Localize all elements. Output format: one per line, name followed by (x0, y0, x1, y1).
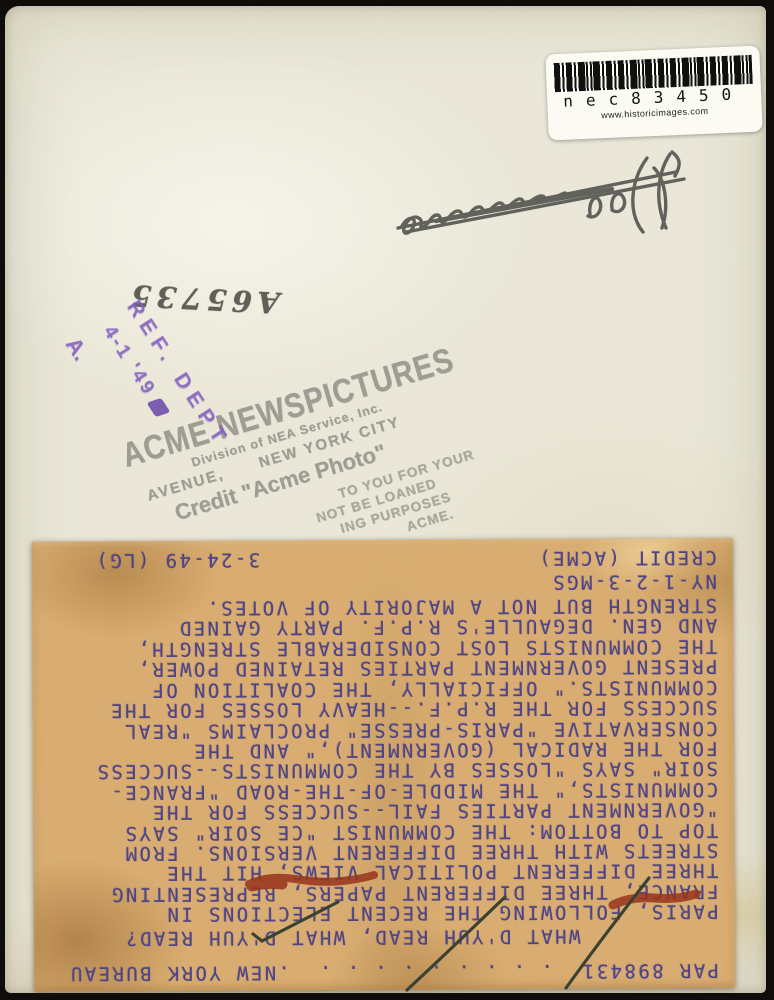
caption-line: NY-1-2-3-MGS (46, 571, 717, 595)
caption-line: TOP TO BOTTOM: THE COMMUNIST "CE SOIR" S… (47, 819, 718, 843)
caption-line: SUCCESS FOR THE R.P.F.--HEAVY LOSSES FOR… (47, 697, 718, 721)
typed-caption: PAR 898431 . . . . . . . . . .NEW YORK B… (32, 538, 735, 992)
caption-line: FRANCE, THREE DIFFERENT PAPERS, REPRESEN… (48, 881, 719, 905)
caption-line: CREDIT (ACME) 3-24-49 (LG) (46, 547, 717, 571)
caption-line: SOIR" SAYS "LOSSES BY THE COMMUNISTS--SU… (47, 758, 718, 782)
stamp-smudge (147, 398, 171, 417)
caption-slip: PAR 898431 . . . . . . . . . .NEW YORK B… (32, 538, 735, 992)
caption-line: THE COMMUNISTS LOST CONSIDERABLE STRENGT… (46, 636, 717, 660)
caption-line: AND GEN. DEGAULLE'S R.P.F. PARTY GAINED (46, 615, 717, 639)
caption-line: PAR 898431 . . . . . . . . . .NEW YORK B… (48, 960, 719, 984)
caption-line: STRENGTH BUT NOT A MAJORITY OF VOTES. (46, 595, 717, 619)
barcode-sticker: nec83450 www.historicimages.com (545, 46, 762, 141)
caption-line: WHAT D'YUH READ, WHAT D'YUH READ? (48, 924, 719, 948)
